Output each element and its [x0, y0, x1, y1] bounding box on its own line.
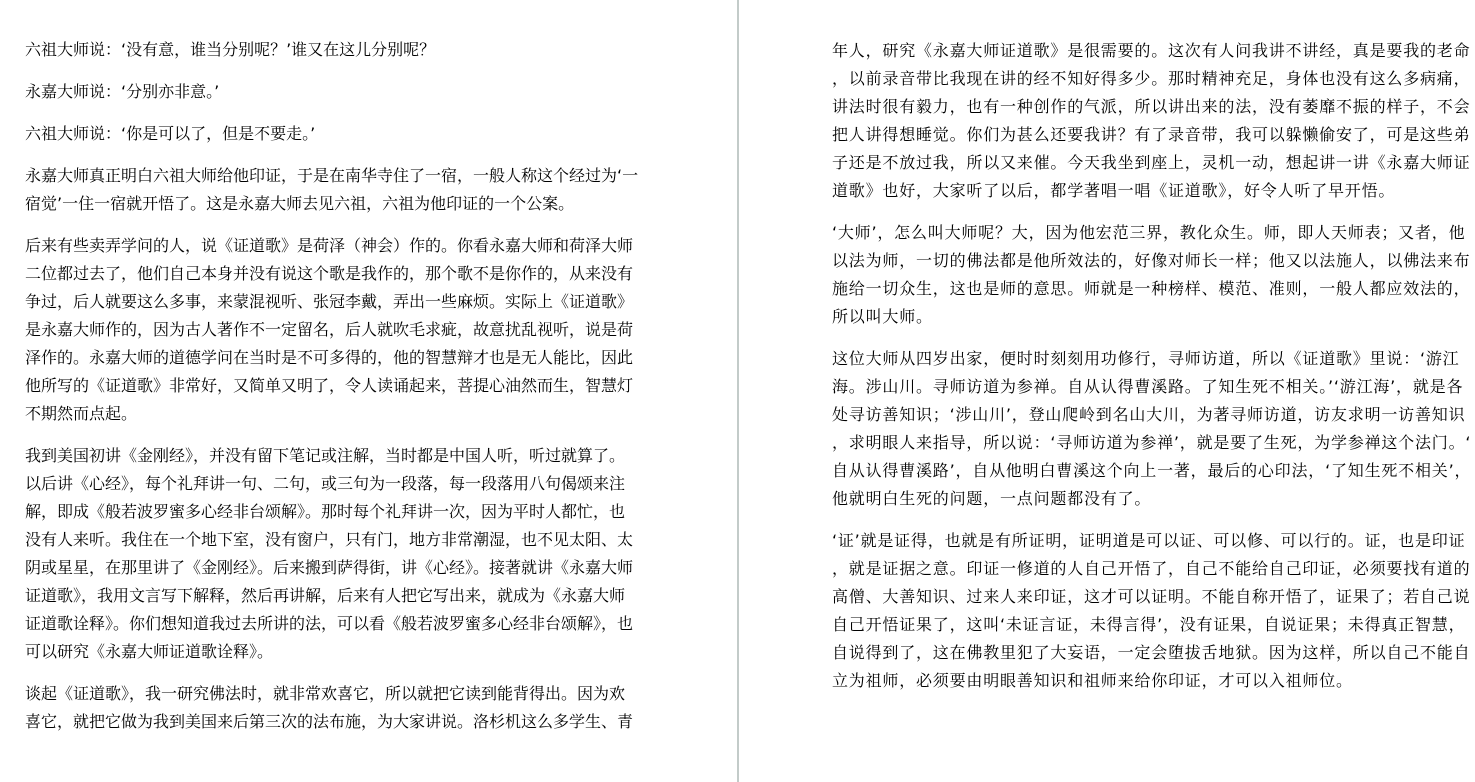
page-right: 年人，研究《永嘉大师证道歌》是很需要的。这次有人问我讲不讲经，真是要我的老命，以… [740, 0, 1475, 782]
paragraph: ‘大师’，怎么叫大师呢？大，因为他宏范三界，教化众生。师，即人天师表；又者，他以… [832, 219, 1473, 331]
paragraph: 后来有些卖弄学问的人，说《证道歌》是荷泽（神会）作的。你看永嘉大师和荷泽大师二位… [25, 232, 640, 428]
paragraph: 我到美国初讲《金刚经》，并没有留下笔记或注解，当时都是中国人听，听过就算了。以后… [25, 442, 640, 666]
paragraph: 永嘉大师说：‘分别亦非意。’ [25, 78, 640, 106]
paragraph: 永嘉大师真正明白六祖大师给他印证，于是在南华寺住了一宿，一般人称这个经过为‘一宿… [25, 162, 640, 218]
paragraph: 年人，研究《永嘉大师证道歌》是很需要的。这次有人问我讲不讲经，真是要我的老命，以… [832, 37, 1473, 205]
paragraph: ‘证’就是证得，也就是有所证明，证明道是可以证、可以修、可以行的。证，也是印证，… [832, 527, 1473, 695]
paragraph: 这位大师从四岁出家，便时时刻刻用功修行，寻师访道，所以《证道歌》里说：‘游江海。… [832, 345, 1473, 513]
paragraph: 六祖大师说：‘你是可以了，但是不要走。’ [25, 120, 640, 148]
paragraph: 六祖大师说：‘没有意，谁当分别呢？’谁又在这儿分别呢？ [25, 36, 640, 64]
document-spread: 六祖大师说：‘没有意，谁当分别呢？’谁又在这儿分别呢？永嘉大师说：‘分别亦非意。… [0, 0, 1475, 782]
paragraph: 谈起《证道歌》，我一研究佛法时，就非常欢喜它，所以就把它读到能背得出。因为欢喜它… [25, 680, 640, 736]
page-divider [737, 0, 739, 782]
page-left: 六祖大师说：‘没有意，谁当分别呢？’谁又在这儿分别呢？永嘉大师说：‘分别亦非意。… [0, 0, 737, 782]
